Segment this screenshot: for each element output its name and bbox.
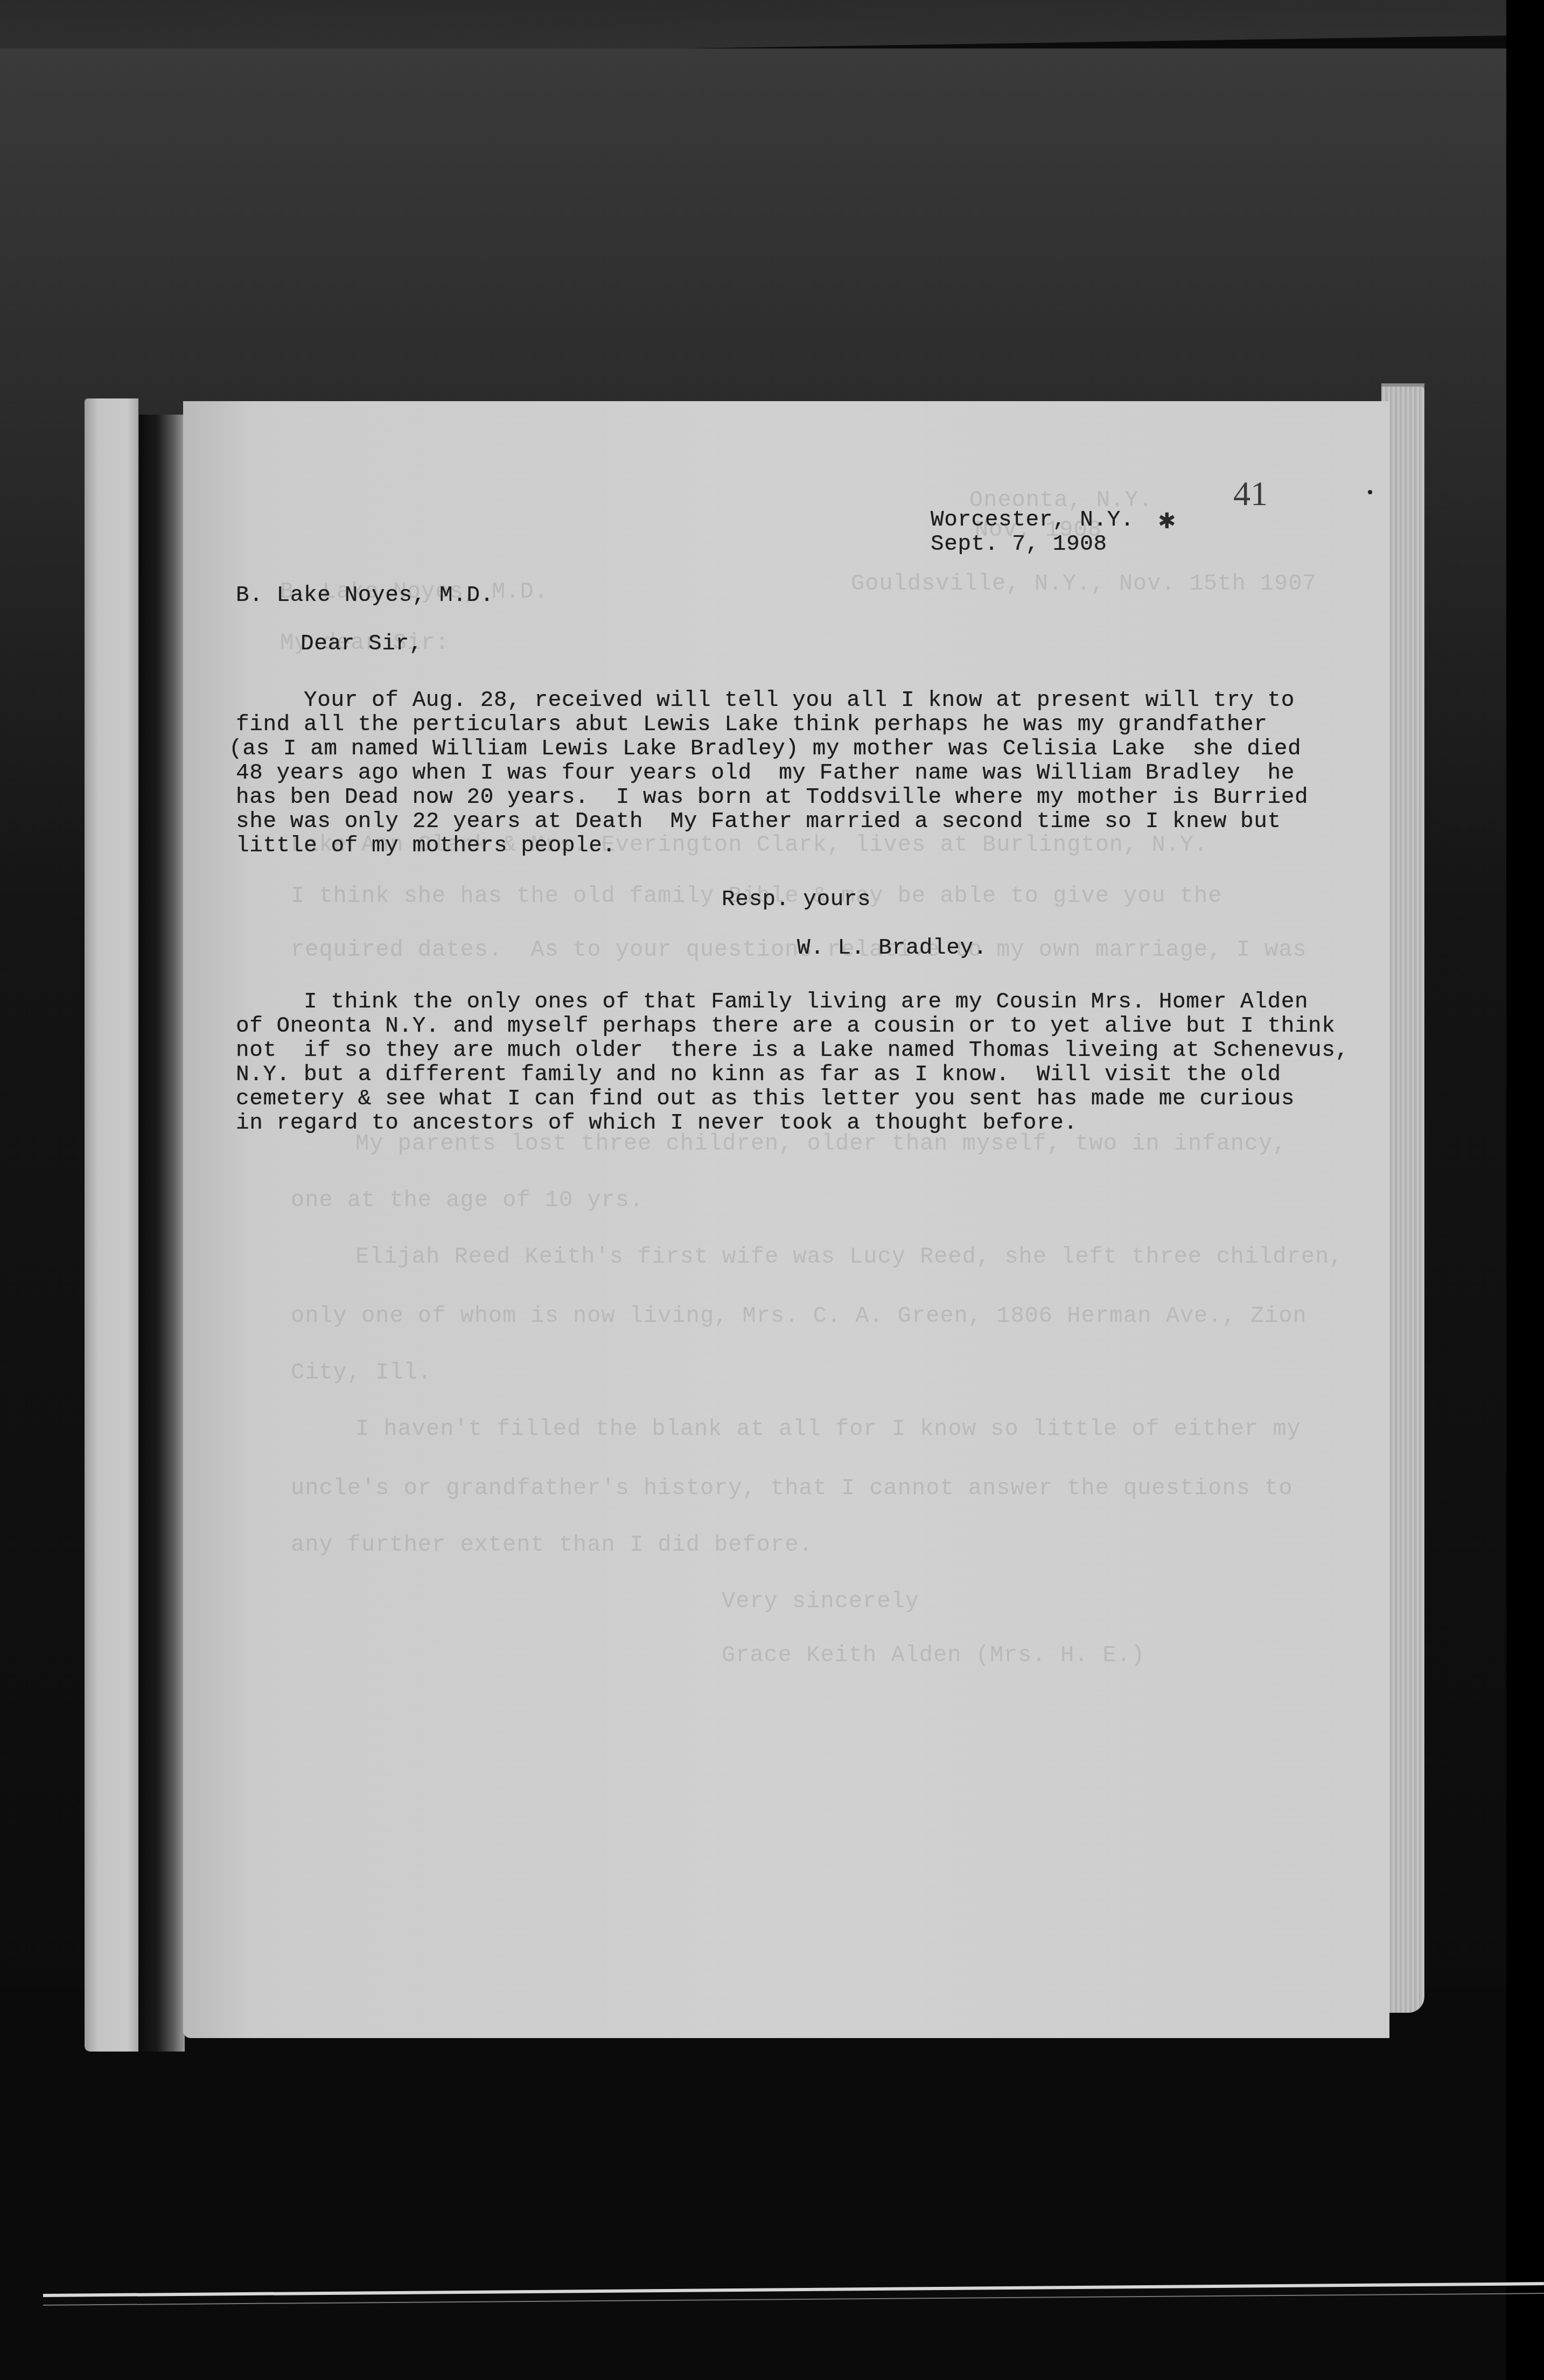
page-speck [1368, 490, 1372, 494]
letter-signature: W. L. Bradley. [797, 934, 987, 962]
bleed-line: any further extent than I did before. [291, 1532, 813, 1558]
bleed-line: one at the age of 10 yrs. [291, 1187, 644, 1213]
letter-date: Sept. 7, 1908 [931, 530, 1107, 558]
bleed-header-line2: Gouldsville, N.Y., Nov. 15th 1907 [851, 571, 1317, 597]
bleed-line: City, Ill. [291, 1360, 432, 1385]
letter-recipient: B. Lake Noyes, M.D. [236, 582, 494, 610]
bleed-line: uncle's or grandfather's history, that I… [291, 1475, 1293, 1501]
binding-gutter [139, 415, 185, 2052]
paragraph-line: little of my mothers people. [236, 832, 616, 860]
letter-closing: Resp. yours [722, 886, 871, 914]
bleed-closing: Very sincerely [722, 1588, 919, 1614]
bleed-line: only one of whom is now living, Mrs. C. … [291, 1303, 1307, 1329]
film-border-right [1506, 0, 1544, 2380]
asterisk-stamp-icon: ✱ [1158, 509, 1176, 534]
bleed-line: Elijah Reed Keith's first wife was Lucy … [355, 1244, 1343, 1270]
bleed-signature: Grace Keith Alden (Mrs. H. E.) [722, 1642, 1145, 1668]
paragraph-line: in regard to ancestors of which I never … [236, 1109, 1078, 1137]
page-number: 41 [1233, 474, 1268, 514]
letter-salutation: Dear Sir, [301, 630, 423, 658]
bleed-line: I haven't filled the blank at all for I … [355, 1416, 1301, 1442]
previous-page-edge [85, 398, 138, 2052]
